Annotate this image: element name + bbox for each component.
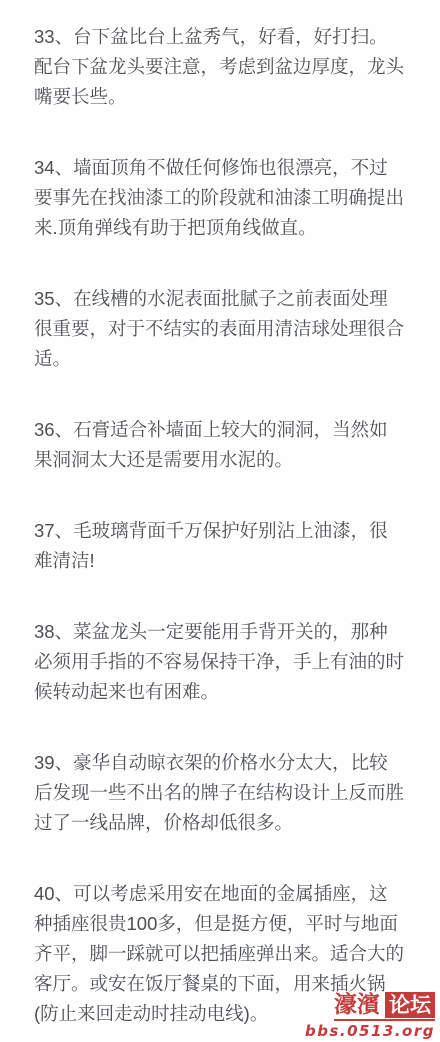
- tip-number: 40、: [34, 883, 73, 904]
- tip-item: 33、台下盆比台上盆秀气，好看，好打扫。配台下盆龙头要注意，考虑到盆边厚度，龙头…: [34, 22, 406, 112]
- tips-list: 33、台下盆比台上盆秀气，好看，好打扫。配台下盆龙头要注意，考虑到盆边厚度，龙头…: [0, 0, 440, 1029]
- watermark-badge: 论坛: [385, 992, 435, 1018]
- watermark-url: bbs.0513.org: [305, 1022, 435, 1040]
- tip-text: 台下盆比台上盆秀气，好看，好打扫。配台下盆龙头要注意，考虑到盆边厚度，龙头嘴要长…: [34, 26, 404, 107]
- tip-item: 39、豪华自动晾衣架的价格水分太大，比较后发现一些不出名的牌子在结构设计上反而胜…: [34, 748, 406, 838]
- watermark-logo: 濠濱 论坛: [334, 992, 435, 1021]
- tip-number: 34、: [34, 157, 73, 178]
- forum-watermark: 濠濱 论坛 bbs.0513.org: [305, 992, 435, 1040]
- tip-text: 豪华自动晾衣架的价格水分太大，比较后发现一些不出名的牌子在结构设计上反而胜过了一…: [34, 752, 404, 833]
- tip-item: 37、毛玻璃背面千万保护好别沾上油漆，很难清洁!: [34, 516, 406, 576]
- tip-text: 在线槽的水泥表面批腻子之前表面处理很重要，对于不结实的表面用清洁球处理很合适。: [34, 288, 404, 369]
- tip-number: 37、: [34, 520, 73, 541]
- tip-number: 35、: [34, 288, 73, 309]
- tip-item: 34、墙面顶角不做任何修饰也很漂亮，不过要事先在找油漆工的阶段就和油漆工明确提出…: [34, 153, 406, 243]
- tips-document: 33、台下盆比台上盆秀气，好看，好打扫。配台下盆龙头要注意，考虑到盆边厚度，龙头…: [0, 0, 440, 1042]
- tip-item: 36、石膏适合补墙面上较大的洞洞，当然如果洞洞太大还是需要用水泥的。: [34, 415, 406, 475]
- tip-text: 石膏适合补墙面上较大的洞洞，当然如果洞洞太大还是需要用水泥的。: [34, 419, 388, 470]
- tip-item: 35、在线槽的水泥表面批腻子之前表面处理很重要，对于不结实的表面用清洁球处理很合…: [34, 284, 406, 374]
- tip-text: 菜盆龙头一定要能用手背开关的，那种必须用手指的不容易保持干净，手上有油的时候转动…: [34, 621, 404, 702]
- tip-text: 毛玻璃背面千万保护好别沾上油漆，很难清洁!: [34, 520, 388, 571]
- tip-number: 36、: [34, 419, 73, 440]
- tip-text: 墙面顶角不做任何修饰也很漂亮，不过要事先在找油漆工的阶段就和油漆工明确提出来.顶…: [34, 157, 404, 238]
- watermark-site-name: 濠濱: [334, 992, 380, 1018]
- tip-number: 33、: [34, 26, 73, 47]
- tip-number: 39、: [34, 752, 73, 773]
- tip-item: 38、菜盆龙头一定要能用手背开关的，那种必须用手指的不容易保持干净，手上有油的时…: [34, 617, 406, 707]
- tip-number: 38、: [34, 621, 73, 642]
